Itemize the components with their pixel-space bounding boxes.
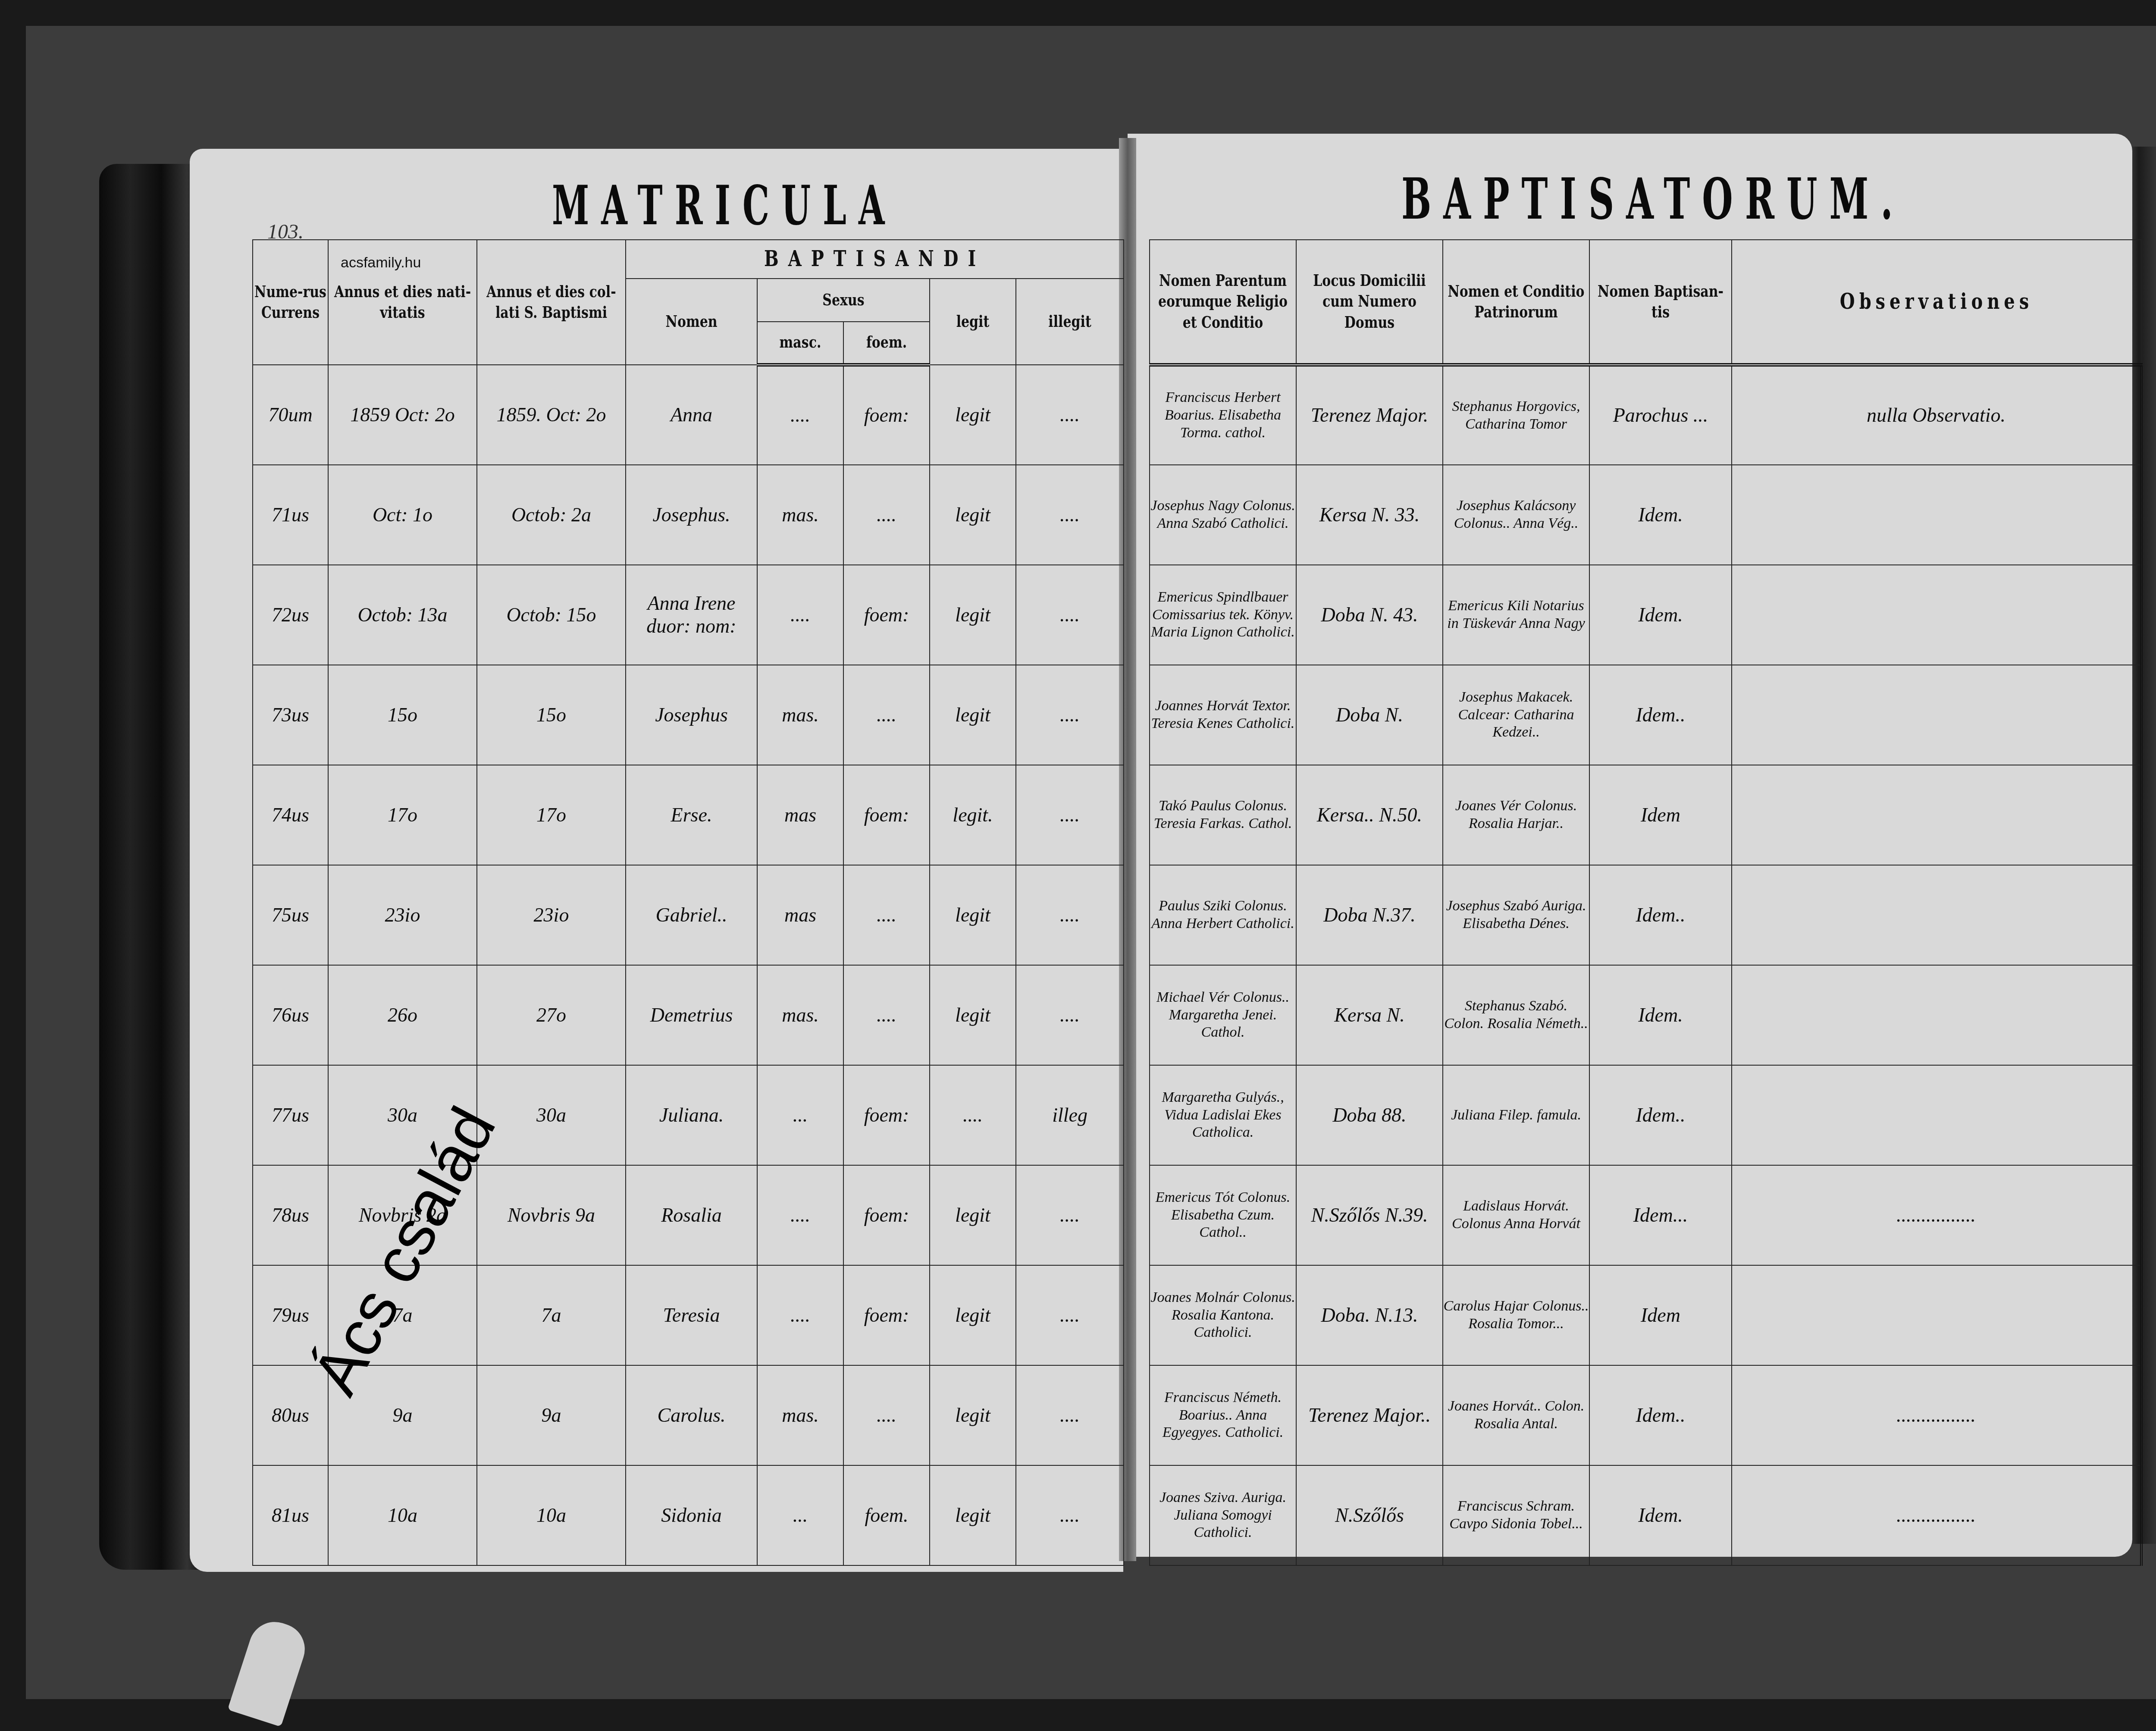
legitimate-cell: legit: [930, 365, 1016, 465]
domicile-cell: Terenez Major..: [1296, 1365, 1443, 1465]
table-row: 76us26o27oDemetriusmas.....legit....: [253, 965, 1124, 1065]
godparents-cell: Carolus Hajar Colonus.. Rosalia Tomor...: [1443, 1265, 1589, 1365]
header-patrinorum: Nomen et Conditio Patrinorum: [1443, 240, 1589, 365]
birth-date-cell: Octob: 13a: [328, 565, 477, 665]
legitimate-cell: legit: [930, 1165, 1016, 1265]
baptiser-cell: Idem..: [1589, 665, 1732, 765]
sex-foem-cell: foem:: [843, 1265, 930, 1365]
sex-foem-cell: foem:: [843, 365, 930, 465]
right-page-title: BAPTISATORUM.: [1401, 166, 1905, 232]
legitimate-cell: legit: [930, 1265, 1016, 1365]
child-name-cell: Carolus.: [626, 1365, 757, 1465]
legitimate-cell: ....: [930, 1065, 1016, 1165]
sex-masc-cell: mas: [757, 865, 843, 965]
header-observationes: Observationes: [1732, 240, 2141, 365]
sex-masc-cell: mas.: [757, 465, 843, 565]
sex-foem-cell: ....: [843, 465, 930, 565]
godparents-cell: Ladislaus Horvát. Colonus Anna Horvát: [1443, 1165, 1589, 1265]
domicile-cell: Terenez Major.: [1296, 365, 1443, 465]
child-name-cell: Anna Irene duor: nom:: [626, 565, 757, 665]
domicile-cell: Kersa N.: [1296, 965, 1443, 1065]
observations-cell: ................: [1732, 1465, 2141, 1565]
entry-number-cell: 71us: [253, 465, 328, 565]
child-name-cell: Erse.: [626, 765, 757, 865]
table-row: 80us9a9aCarolus.mas.....legit....: [253, 1365, 1124, 1465]
sex-masc-cell: ....: [757, 565, 843, 665]
legitimate-cell: legit.: [930, 765, 1016, 865]
sex-foem-cell: ....: [843, 965, 930, 1065]
table-row: 73us15o15oJosephusmas.....legit....: [253, 665, 1124, 765]
birth-date-cell: 26o: [328, 965, 477, 1065]
baptiser-cell: Idem: [1589, 1265, 1732, 1365]
baptism-date-cell: 17o: [477, 765, 626, 865]
child-name-cell: Gabriel..: [626, 865, 757, 965]
table-row: Margaretha Gulyás., Vidua Ladislai Ekes …: [1150, 1065, 2141, 1165]
observations-cell: [1732, 965, 2141, 1065]
child-name-cell: Rosalia: [626, 1165, 757, 1265]
baptism-date-cell: 10a: [477, 1465, 626, 1565]
child-name-cell: Josephus: [626, 665, 757, 765]
table-row: 75us23io23ioGabriel..mas....legit....: [253, 865, 1124, 965]
illegitimate-cell: ....: [1016, 1165, 1124, 1265]
entry-number-cell: 78us: [253, 1165, 328, 1265]
baptiser-cell: Idem...: [1589, 1165, 1732, 1265]
book-edge-left: [99, 164, 203, 1570]
baptism-date-cell: 27o: [477, 965, 626, 1065]
table-row: Paulus Sziki Colonus. Anna Herbert Catho…: [1150, 865, 2141, 965]
table-row: Josephus Nagy Colonus. Anna Szabó Cathol…: [1150, 465, 2141, 565]
left-page-title: MATRICULA: [552, 175, 896, 238]
parents-cell: Emericus Spindlbauer Comissarius tek. Kö…: [1150, 565, 1296, 665]
birth-date-cell: Oct: 1o: [328, 465, 477, 565]
parents-cell: Joannes Horvát Textor. Teresia Kenes Cat…: [1150, 665, 1296, 765]
parents-cell: Paulus Sziki Colonus. Anna Herbert Catho…: [1150, 865, 1296, 965]
legitimate-cell: legit: [930, 565, 1016, 665]
observations-cell: [1732, 865, 2141, 965]
domicile-cell: Doba N. 43.: [1296, 565, 1443, 665]
entry-number-cell: 77us: [253, 1065, 328, 1165]
right-register-table: Nomen Parentum eorumque Religio et Condi…: [1149, 239, 2143, 1566]
godparents-cell: Joanes Vér Colonus. Rosalia Harjar..: [1443, 765, 1589, 865]
domicile-cell: Doba N.: [1296, 665, 1443, 765]
header-baptisantis: Nomen Baptisan-tis: [1589, 240, 1732, 365]
illegitimate-cell: illeg: [1016, 1065, 1124, 1165]
sex-foem-cell: foem:: [843, 765, 930, 865]
baptism-date-cell: Novbris 9a: [477, 1165, 626, 1265]
observations-cell: ................: [1732, 1165, 2141, 1265]
parents-cell: Michael Vér Colonus.. Margaretha Jenei. …: [1150, 965, 1296, 1065]
sex-masc-cell: ....: [757, 1265, 843, 1365]
birth-date-cell: 23io: [328, 865, 477, 965]
table-row: 74us17o17oErse.masfoem:legit.....: [253, 765, 1124, 865]
godparents-cell: Josephus Szabó Auriga. Elisabetha Dénes.: [1443, 865, 1589, 965]
sex-foem-cell: foem:: [843, 565, 930, 665]
sex-foem-cell: foem:: [843, 1165, 930, 1265]
header-masc: masc.: [757, 322, 843, 365]
baptiser-cell: Idem..: [1589, 1065, 1732, 1165]
baptism-date-cell: Octob: 15o: [477, 565, 626, 665]
entry-number-cell: 72us: [253, 565, 328, 665]
domicile-cell: Doba. N.13.: [1296, 1265, 1443, 1365]
table-row: Michael Vér Colonus.. Margaretha Jenei. …: [1150, 965, 2141, 1065]
entry-number-cell: 74us: [253, 765, 328, 865]
domicile-cell: Kersa N. 33.: [1296, 465, 1443, 565]
child-name-cell: Anna: [626, 365, 757, 465]
baptism-date-cell: 7a: [477, 1265, 626, 1365]
illegitimate-cell: ....: [1016, 365, 1124, 465]
table-row: Emericus Tót Colonus. Elisabetha Czum. C…: [1150, 1165, 2141, 1265]
table-row: Franciscus Németh. Boarius.. Anna Egyegy…: [1150, 1365, 2141, 1465]
illegitimate-cell: ....: [1016, 465, 1124, 565]
baptism-date-cell: Octob: 2a: [477, 465, 626, 565]
sex-foem-cell: ....: [843, 665, 930, 765]
sex-masc-cell: ....: [757, 365, 843, 465]
table-row: Joanes Sziva. Auriga. Juliana Somogyi Ca…: [1150, 1465, 2141, 1565]
header-nomen: Nomen: [626, 279, 757, 365]
parents-cell: Margaretha Gulyás., Vidua Ladislai Ekes …: [1150, 1065, 1296, 1165]
illegitimate-cell: ....: [1016, 965, 1124, 1065]
table-row: 72usOctob: 13aOctob: 15oAnna Irene duor:…: [253, 565, 1124, 665]
table-row: Franciscus Herbert Boarius. Elisabetha T…: [1150, 365, 2141, 465]
birth-date-cell: 17o: [328, 765, 477, 865]
illegitimate-cell: ....: [1016, 665, 1124, 765]
child-name-cell: Demetrius: [626, 965, 757, 1065]
baptism-date-cell: 9a: [477, 1365, 626, 1465]
baptiser-cell: Idem: [1589, 765, 1732, 865]
header-baptisandi: BAPTISANDI: [626, 240, 1124, 279]
table-row: Takó Paulus Colonus. Teresia Farkas. Cat…: [1150, 765, 2141, 865]
godparents-cell: Stephanus Horgovics, Catharina Tomor: [1443, 365, 1589, 465]
sex-masc-cell: ...: [757, 1465, 843, 1565]
baptiser-cell: Idem..: [1589, 865, 1732, 965]
birth-date-cell: 1859 Oct: 2o: [328, 365, 477, 465]
header-parentum: Nomen Parentum eorumque Religio et Condi…: [1150, 240, 1296, 365]
illegitimate-cell: ....: [1016, 1365, 1124, 1465]
header-domicilii: Locus Domicilii cum Numero Domus: [1296, 240, 1443, 365]
child-name-cell: Juliana.: [626, 1065, 757, 1165]
sex-foem-cell: foem:: [843, 1065, 930, 1165]
table-row: 70um1859 Oct: 2o1859. Oct: 2oAnna....foe…: [253, 365, 1124, 465]
sex-foem-cell: ....: [843, 1365, 930, 1465]
sex-masc-cell: mas: [757, 765, 843, 865]
sex-masc-cell: mas.: [757, 665, 843, 765]
table-row: 77us30a30aJuliana....foem:....illeg: [253, 1065, 1124, 1165]
godparents-cell: Josephus Makacek. Calcear: Catharina Ked…: [1443, 665, 1589, 765]
observations-cell: [1732, 1265, 2141, 1365]
godparents-cell: Josephus Kalácsony Colonus.. Anna Vég..: [1443, 465, 1589, 565]
illegitimate-cell: ....: [1016, 1465, 1124, 1565]
sex-masc-cell: ...: [757, 1065, 843, 1165]
baptism-date-cell: 15o: [477, 665, 626, 765]
header-baptismi: Annus et dies col-lati S. Baptismi: [477, 240, 626, 365]
domicile-cell: Doba N.37.: [1296, 865, 1443, 965]
table-row: Joanes Molnár Colonus. Rosalia Kantona. …: [1150, 1265, 2141, 1365]
observations-cell: [1732, 465, 2141, 565]
header-legit: legit: [930, 279, 1016, 365]
baptiser-cell: Idem.: [1589, 565, 1732, 665]
child-name-cell: Teresia: [626, 1265, 757, 1365]
header-numerus: Nume-rus Currens: [253, 240, 328, 365]
legitimate-cell: legit: [930, 865, 1016, 965]
parents-cell: Joanes Sziva. Auriga. Juliana Somogyi Ca…: [1150, 1465, 1296, 1565]
baptism-date-cell: 23io: [477, 865, 626, 965]
observations-cell: [1732, 1065, 2141, 1165]
sex-foem-cell: foem.: [843, 1465, 930, 1565]
entry-number-cell: 75us: [253, 865, 328, 965]
godparents-cell: Franciscus Schram. Cavpo Sidonia Tobel..…: [1443, 1465, 1589, 1565]
domicile-cell: N.Szőlős: [1296, 1465, 1443, 1565]
parents-cell: Franciscus Herbert Boarius. Elisabetha T…: [1150, 365, 1296, 465]
child-name-cell: Sidonia: [626, 1465, 757, 1565]
table-row: 71usOct: 1oOctob: 2aJosephus.mas.....leg…: [253, 465, 1124, 565]
illegitimate-cell: ....: [1016, 1265, 1124, 1365]
header-sexus: Sexus: [757, 279, 930, 322]
baptiser-cell: Idem.: [1589, 965, 1732, 1065]
entry-number-cell: 70um: [253, 365, 328, 465]
domicile-cell: N.Szőlős N.39.: [1296, 1165, 1443, 1265]
sex-foem-cell: ....: [843, 865, 930, 965]
observations-cell: ................: [1732, 1365, 2141, 1465]
illegitimate-cell: ....: [1016, 865, 1124, 965]
parents-cell: Joanes Molnár Colonus. Rosalia Kantona. …: [1150, 1265, 1296, 1365]
parents-cell: Josephus Nagy Colonus. Anna Szabó Cathol…: [1150, 465, 1296, 565]
birth-date-cell: 10a: [328, 1465, 477, 1565]
legitimate-cell: legit: [930, 1365, 1016, 1465]
godparents-cell: Joanes Horvát.. Colon. Rosalia Antal.: [1443, 1365, 1589, 1465]
entry-number-cell: 76us: [253, 965, 328, 1065]
observations-cell: [1732, 565, 2141, 665]
sex-masc-cell: ....: [757, 1165, 843, 1265]
godparents-cell: Juliana Filep. famula.: [1443, 1065, 1589, 1165]
observations-cell: nulla Observatio.: [1732, 365, 2141, 465]
header-illegit: illegit: [1016, 279, 1124, 365]
sex-masc-cell: mas.: [757, 965, 843, 1065]
baptiser-cell: Idem.: [1589, 1465, 1732, 1565]
child-name-cell: Josephus.: [626, 465, 757, 565]
parents-cell: Takó Paulus Colonus. Teresia Farkas. Cat…: [1150, 765, 1296, 865]
baptiser-cell: Idem..: [1589, 1365, 1732, 1465]
table-row: Joannes Horvát Textor. Teresia Kenes Cat…: [1150, 665, 2141, 765]
parents-cell: Emericus Tót Colonus. Elisabetha Czum. C…: [1150, 1165, 1296, 1265]
domicile-cell: Doba 88.: [1296, 1065, 1443, 1165]
godparents-cell: Stephanus Szabó. Colon. Rosalia Németh..: [1443, 965, 1589, 1065]
godparents-cell: Emericus Kili Notarius in Tüskevár Anna …: [1443, 565, 1589, 665]
entry-number-cell: 81us: [253, 1465, 328, 1565]
observations-cell: [1732, 765, 2141, 865]
legitimate-cell: legit: [930, 665, 1016, 765]
legitimate-cell: legit: [930, 465, 1016, 565]
watermark-url: acsfamily.hu: [341, 254, 421, 271]
parents-cell: Franciscus Németh. Boarius.. Anna Egyegy…: [1150, 1365, 1296, 1465]
observations-cell: [1732, 665, 2141, 765]
table-row: 81us10a10aSidonia...foem.legit....: [253, 1465, 1124, 1565]
baptism-date-cell: 1859. Oct: 2o: [477, 365, 626, 465]
baptiser-cell: Parochus ...: [1589, 365, 1732, 465]
legitimate-cell: legit: [930, 1465, 1016, 1565]
entry-number-cell: 73us: [253, 665, 328, 765]
legitimate-cell: legit: [930, 965, 1016, 1065]
sex-masc-cell: mas.: [757, 1365, 843, 1465]
header-foem: foem.: [843, 322, 930, 365]
birth-date-cell: 15o: [328, 665, 477, 765]
domicile-cell: Kersa.. N.50.: [1296, 765, 1443, 865]
illegitimate-cell: ....: [1016, 765, 1124, 865]
illegitimate-cell: ....: [1016, 565, 1124, 665]
baptiser-cell: Idem.: [1589, 465, 1732, 565]
table-row: Emericus Spindlbauer Comissarius tek. Kö…: [1150, 565, 2141, 665]
